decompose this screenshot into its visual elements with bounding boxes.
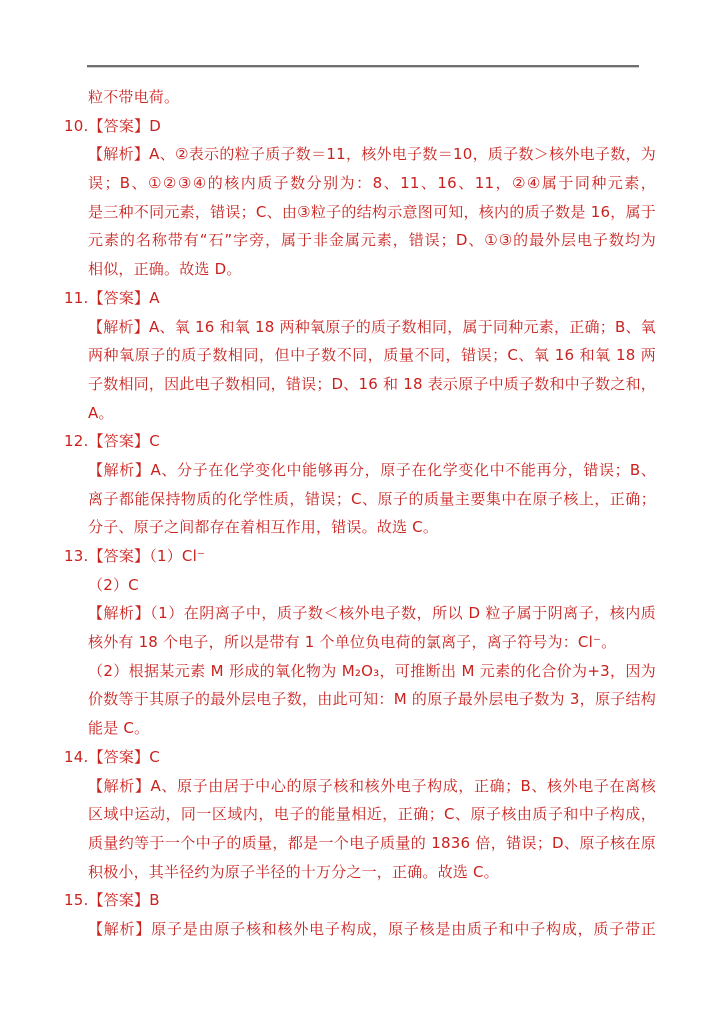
text-line: A。 <box>64 399 656 428</box>
text-line: 能是 C。 <box>64 714 656 743</box>
text-line: 两种氧原子的质子数相同，但中子数不同，质量不同，错误；C、氧 16 和氧 18 … <box>64 341 656 370</box>
text-line: 【解析】A、分子在化学变化中能够再分，原子在化学变化中不能再分，错误；B、分子、… <box>64 456 656 485</box>
item-11-answer-line: 11.【答案】A <box>64 284 656 313</box>
text-line: 元素的名称带有“石”字旁，属于非金属元素，错误；D、①③的最外层电子数均为 6，… <box>64 226 656 255</box>
text-line: 粒不带电荷。 <box>64 83 656 112</box>
text-line: （2）C <box>64 571 656 600</box>
text-line: 【解析】A、原子由居于中心的原子核和核外电子构成，正确；B、核外电子在离核远近不… <box>64 772 656 801</box>
text-line: 价数等于其原子的最外层电子数，由此可知：M 的原子最外层电子数为 3，原子结构示… <box>64 685 656 714</box>
item-15-answer-line: 15.【答案】B <box>64 886 656 915</box>
text-line: 区域中运动，同一区域内，电子的能量相近，正确；C、原子核由质子和中子构成，一个质… <box>64 800 656 829</box>
item-14-answer-line: 14.【答案】C <box>64 743 656 772</box>
text-line: （2）根据某元素 M 形成的氧化物为 M₂O₃，可推断出 M 元素的化合价为+3… <box>64 657 656 686</box>
document-page: 粒不带电荷。10.【答案】D【解析】A、②表示的粒子质子数＝11，核外电子数＝1… <box>0 0 720 1019</box>
item-13-answer-line: 13.【答案】（1）Cl⁻ <box>64 542 656 571</box>
header-divider <box>87 65 639 67</box>
text-line: 【解析】A、②表示的粒子质子数＝11，核外电子数＝10，质子数＞核外电子数，为阳… <box>64 140 656 169</box>
text-line: 误；B、①②③④的核内质子数分别为：8、11、16、11，②④属于同种元素，①②… <box>64 169 656 198</box>
text-line: 子数相同，因此电子数相同，错误；D、16 和 18 表示原子中质子数和中子数之和… <box>64 370 656 399</box>
text-line: 质量约等于一个中子的质量，都是一个电子质量的 1836 倍，错误；D、原子核在原… <box>64 829 656 858</box>
item-12-answer-line: 12.【答案】C <box>64 427 656 456</box>
text-line: 是三种不同元素，错误；C、由③粒子的结构示意图可知，核内的质子数是 16，属于硫… <box>64 198 656 227</box>
answer-document: 粒不带电荷。10.【答案】D【解析】A、②表示的粒子质子数＝11，核外电子数＝1… <box>64 83 656 944</box>
text-line: 【解析】原子是由原子核和核外电子构成，原子核是由质子和中子构成，质子带正电，中子… <box>64 915 656 944</box>
text-line: 分子、原子之间都存在着相互作用，错误。故选 C。 <box>64 513 656 542</box>
text-line: 【解析】（1）在阴离子中，质子数＜核外电子数，所以 D 粒子属于阴离子，核内质子… <box>64 599 656 628</box>
text-line: 积极小，其半径约为原子半径的十万分之一，正确。故选 C。 <box>64 858 656 887</box>
text-line: 【解析】A、氧 16 和氧 18 两种氧原子的质子数相同，属于同种元素，正确；B… <box>64 313 656 342</box>
text-line: 离子都能保持物质的化学性质，错误；C、原子的质量主要集中在原子核上，正确；D、离… <box>64 485 656 514</box>
text-line: 核外有 18 个电子，所以是带有 1 个单位负电荷的氯离子，离子符号为：Cl⁻。 <box>64 628 656 657</box>
item-10-answer-line: 10.【答案】D <box>64 112 656 141</box>
text-line: 相似，正确。故选 D。 <box>64 255 656 284</box>
